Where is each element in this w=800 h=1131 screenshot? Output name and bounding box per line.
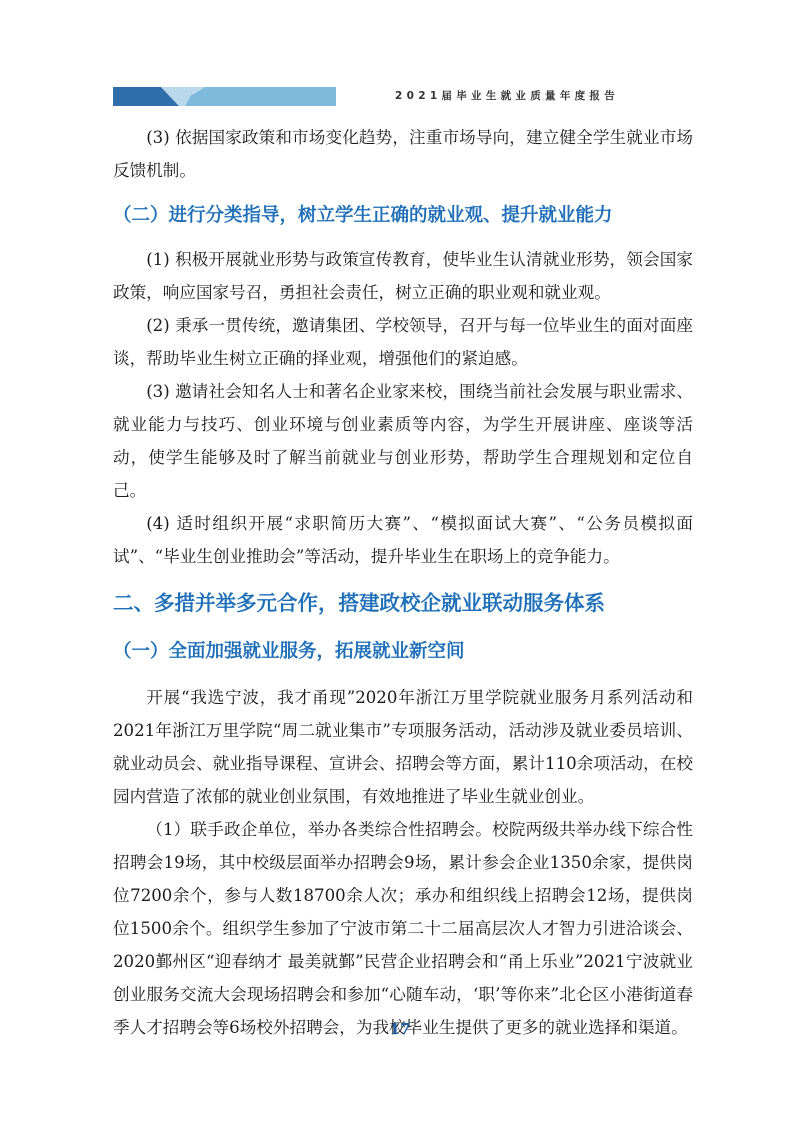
chapter-heading-cooperation: 二、多措并举多元合作，搭建政校企就业联动服务体系 [113,587,693,619]
paragraph-policy-3: (3) 依据国家政策和市场变化趋势，注重市场导向，建立健全学生就业市场反馈机制。 [113,121,693,187]
paragraph-guidance-3: (3) 邀请社会知名人士和著名企业家来校，围绕当前社会发展与职业需求、就业能力与… [113,375,693,507]
paragraph-guidance-4: (4) 适时组织开展“求职简历大赛”、“模拟面试大赛”、“公务员模拟面试”、“毕… [113,507,693,573]
paragraph-guidance-1: (1) 积极开展就业形势与政策宣传教育，使毕业生认清就业形势，领会国家政策，响应… [113,243,693,309]
paragraph-service-activities: 开展“我选宁波，我才甬现”2020年浙江万里学院就业服务月系列活动和2021年浙… [113,681,693,813]
page-number: 17 [0,1020,800,1038]
banner-graphic-icon [113,87,336,106]
header-banner [113,87,336,106]
page-content: (3) 依据国家政策和市场变化趋势，注重市场导向，建立健全学生就业市场反馈机制。… [113,121,693,1044]
paragraph-guidance-2: (2) 秉承一贯传统，邀请集团、学校领导，召开与每一位毕业生的面对面座谈，帮助毕… [113,309,693,375]
paragraph-job-fairs: （1）联手政企单位，举办各类综合性招聘会。校院两级共举办线下综合性招聘会19场，… [113,813,693,1044]
section-heading-employment-service: （一）全面加强就业服务，拓展就业新空间 [113,637,693,667]
report-header-title: 2021届毕业生就业质量年度报告 [395,88,619,103]
section-heading-classified-guidance: （二）进行分类指导，树立学生正确的就业观、提升就业能力 [113,201,693,231]
